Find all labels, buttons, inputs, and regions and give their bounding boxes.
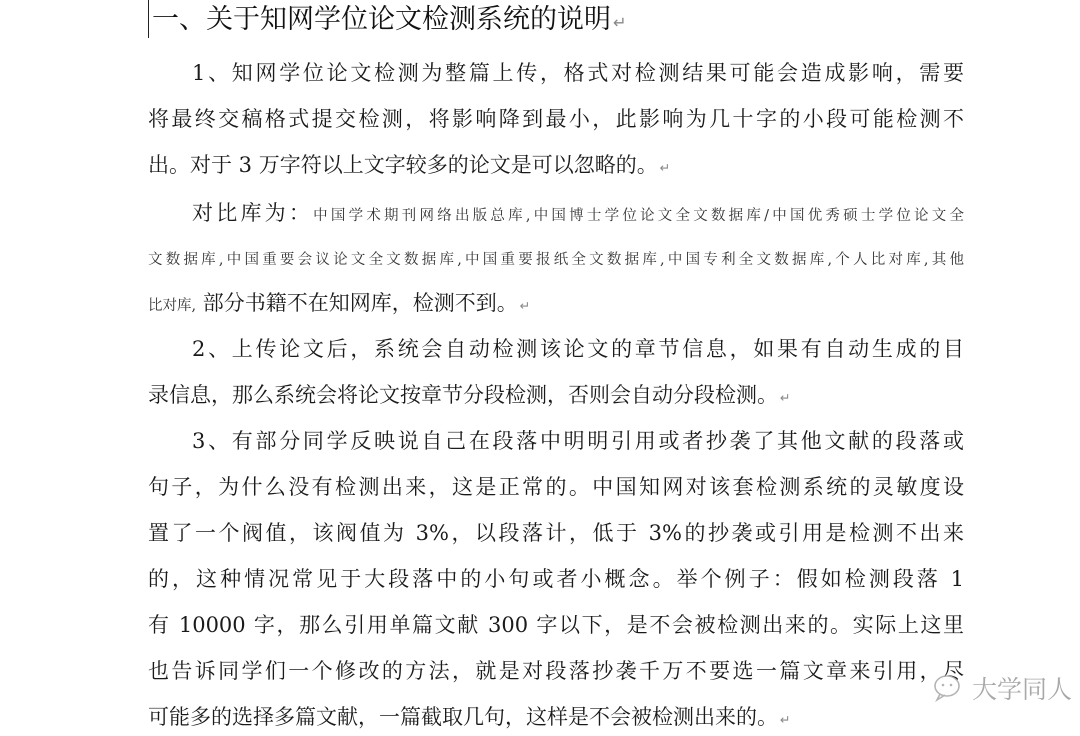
paragraph-line: 也告诉同学们一个修改的方法，就是对段落抄袭千万不要选一篇文章来引用，尽 [148, 648, 964, 694]
paragraph-line: 有 10000 字，那么引用单篇文献 300 字以下，是不会被检测出来的。实际上… [148, 602, 964, 648]
paragraph-mark-icon: ↵ [780, 712, 791, 727]
paragraph-line: 文数据库,中国重要会议论文全文数据库,中国重要报纸全文数据库,中国专利全文数据库… [148, 234, 964, 280]
paragraph-line: 3、有部分同学反映说自己在段落中明明引用或者抄袭了其他文献的段落或 [192, 418, 964, 464]
databases-label: 对比库为： [192, 201, 313, 225]
paragraph-line: 置了一个阀值，该阀值为 3%，以段落计，低于 3%的抄袭或引用是检测不出来 [148, 510, 964, 556]
paragraph-line: 对比库为：中国学术期刊网络出版总库,中国博士学位论文全文数据库/中国优秀硕士学位… [192, 190, 964, 236]
document-page: 一、关于知网学位论文检测系统的说明↵ 1、知网学位论文检测为整篇上传，格式对检测… [0, 0, 1080, 736]
paragraph-line: 出。对于 3 万字符以上文字较多的论文是可以忽略的。↵ [148, 142, 964, 188]
section-heading: 一、关于知网学位论文检测系统的说明↵ [152, 0, 627, 40]
watermark-text: 大学同人 [972, 670, 1072, 706]
paragraph-line: 将最终交稿格式提交检测，将影响降到最小，此影响为几十字的小段可能检测不 [148, 96, 964, 142]
paragraph-line: 的，这种情况常见于大段落中的小句或者小概念。举个例子：假如检测段落 1 [148, 556, 964, 602]
databases-list: 比对库, [148, 298, 196, 314]
paragraph-mark-icon: ↵ [520, 298, 531, 313]
paragraph-mark-icon: ↵ [660, 160, 671, 175]
text-cursor [148, 0, 149, 38]
paragraph-line: 1、知网学位论文检测为整篇上传，格式对检测结果可能会造成影响，需要 [192, 50, 964, 96]
paragraph-line: 2、上传论文后，系统会自动检测该论文的章节信息，如果有自动生成的目 [192, 326, 964, 372]
paragraph-line: 句子，为什么没有检测出来，这是正常的。中国知网对该套检测系统的灵敏度设 [148, 464, 964, 510]
paragraph-mark-icon: ↵ [613, 13, 627, 32]
paragraph-line: 可能多的选择多篇文献，一篇截取几句，这样是不会被检测出来的。↵ [148, 694, 964, 736]
paragraph-mark-icon: ↵ [780, 390, 791, 405]
watermark: 大学同人 [932, 666, 1072, 710]
wechat-chat-bubble-icon [932, 673, 966, 703]
paragraph-line: 录信息，那么系统会将论文按章节分段检测，否则会自动分段检测。↵ [148, 372, 964, 418]
databases-list: 文数据库,中国重要会议论文全文数据库,中国重要报纸全文数据库,中国专利全文数据库… [148, 252, 964, 268]
heading-text: 一、关于知网学位论文检测系统的说明 [152, 4, 611, 35]
paragraph-line: 比对库, 部分书籍不在知网库，检测不到。↵ [148, 280, 964, 326]
databases-list: 中国学术期刊网络出版总库,中国博士学位论文全文数据库/中国优秀硕士学位论文全 [313, 208, 964, 224]
